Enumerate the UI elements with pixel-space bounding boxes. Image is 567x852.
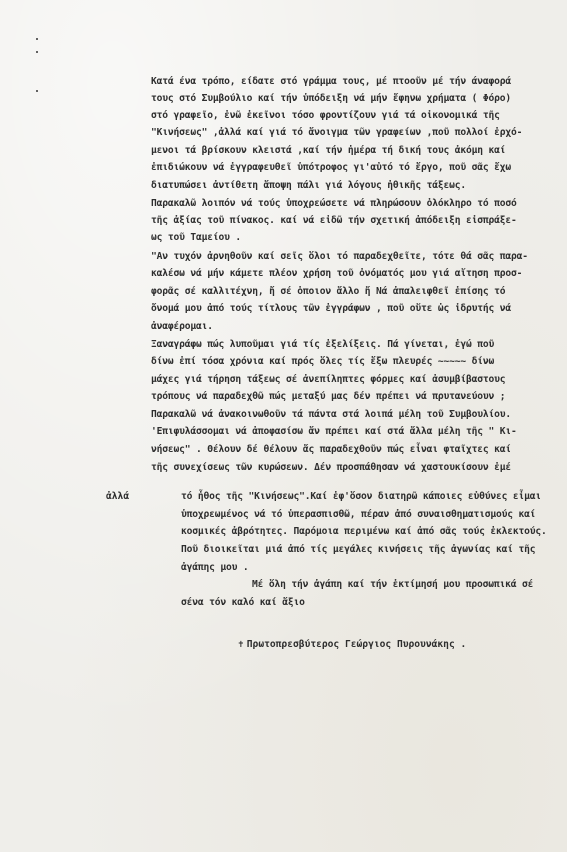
text-line: τρόπους νά παραδεχθῶ πώς μεταξύ μας δέν … [151, 391, 505, 403]
punch-mark [36, 38, 38, 40]
text-line: κοσμικές ἀβρότητες. Παρόμοια περιμένω κα… [181, 526, 547, 538]
signature-name: Πρωτοπρεσβύτερος Γεώργιος Πυρουνάκης . [247, 639, 467, 650]
text-line: "Αν τυχόν ἀρνηθοῦν καί σεῖς ὅλοι τό παρα… [151, 251, 528, 263]
text-line: ὄνομά μου ἀπό τούς τίτλους τῶν ἐγγράφων … [151, 303, 511, 315]
margin-note: ἀλλά [106, 491, 129, 503]
text-line: νήσεως" . Θέλουν δέ θέλουν ἄς παραδεχθοῦ… [151, 444, 511, 456]
text-line: Ποῦ διοικεῖται μιά ἀπό τίς μεγάλες κινήσ… [181, 544, 535, 556]
cross-icon: ✝ [238, 639, 244, 650]
text-line: διατυπώσει ἀντίθετη ἄποψη πάλι γιά λόγου… [151, 180, 466, 192]
text-line: σένα τόν καλό καί ἄξιο [181, 597, 305, 609]
text-line: ἀναφέρομαι. [151, 321, 213, 333]
text-line: μάχες γιά τήρηση τάξεως σέ ἀνεπίληπτες φ… [151, 374, 505, 386]
text-line: τους στό Συμβούλιο καί τήν ὑπόδειξη νά μ… [151, 93, 511, 105]
text-line: μενοι τά βρίσκουν κλειστά ,καί τήν ἡμέρα… [151, 145, 505, 157]
text-line: ἐπιδιώκουν νά ἐγγραφευθεῖ ὑπότροφος γι'α… [151, 162, 511, 174]
text-line: δίνω ἐπί τόσα χρόνια καί πρός ὅλες τίς ἔ… [151, 356, 494, 368]
text-line: ὑποχρεωμένος νά τό ὑπερασπισθῶ, πέραν ἀπ… [181, 509, 535, 521]
text-line: ἀγάπης μου . [181, 562, 249, 574]
text-line: Κατά ένα τρόπο, είδατε στό γράμμα τους, … [151, 76, 511, 88]
text-line: "Κινήσεως" ,ἀλλά καί γιά τό ἄνοιγμα τῶν … [151, 127, 522, 139]
punch-mark [36, 90, 38, 92]
text-line: 'Επιφυλάσσομαι νά ἀποφασίσω ἄν πρέπει κα… [151, 426, 517, 438]
text-line: στό γραφεῖο, ἐνῶ ἐκεῖνοι τόσο φροντίζουν… [151, 110, 500, 122]
document-page: Κατά ένα τρόπο, είδατε στό γράμμα τους, … [0, 0, 567, 852]
text-line: τό ἦθος τῆς "Κινήσεως".Καί ἐφ'ὅσον διατη… [181, 491, 541, 503]
punch-mark [36, 51, 38, 53]
text-line: Παρακαλῶ λοιπόν νά τούς ὑποχρεώσετε νά π… [151, 198, 517, 210]
text-line: Παρακαλῶ νά ἀνακοινωθοῦν τά πάντα στά λο… [151, 409, 511, 421]
text-line: Ξαναγράφω πώς λυποῦμαι γιά τίς ἐξελίξεις… [151, 339, 494, 351]
text-line: καλέσω νά μήν κάμετε πλέον χρήση τοῦ ὀνό… [151, 268, 522, 280]
signature: ✝Πρωτοπρεσβύτερος Γεώργιος Πυρουνάκης . [238, 639, 466, 651]
text-line: τῆς συνεχίσεως τῶν κυρώσεων. Δέν προσπάθ… [151, 462, 511, 474]
text-line: τῆς ἀξίας τοῦ πίνακος. καί νά εἰδῶ τήν σ… [151, 215, 517, 227]
text-line: φορᾶς σέ καλλιτέχνη, ἤ σέ ὁποιον ἄλλο ἤ … [151, 286, 505, 298]
text-line: Μέ ὅλη τήν ἀγάπη καί τήν ἐκτίμησή μου πρ… [252, 579, 533, 591]
text-line: ως τοῦ Ταμείου . [151, 232, 241, 244]
